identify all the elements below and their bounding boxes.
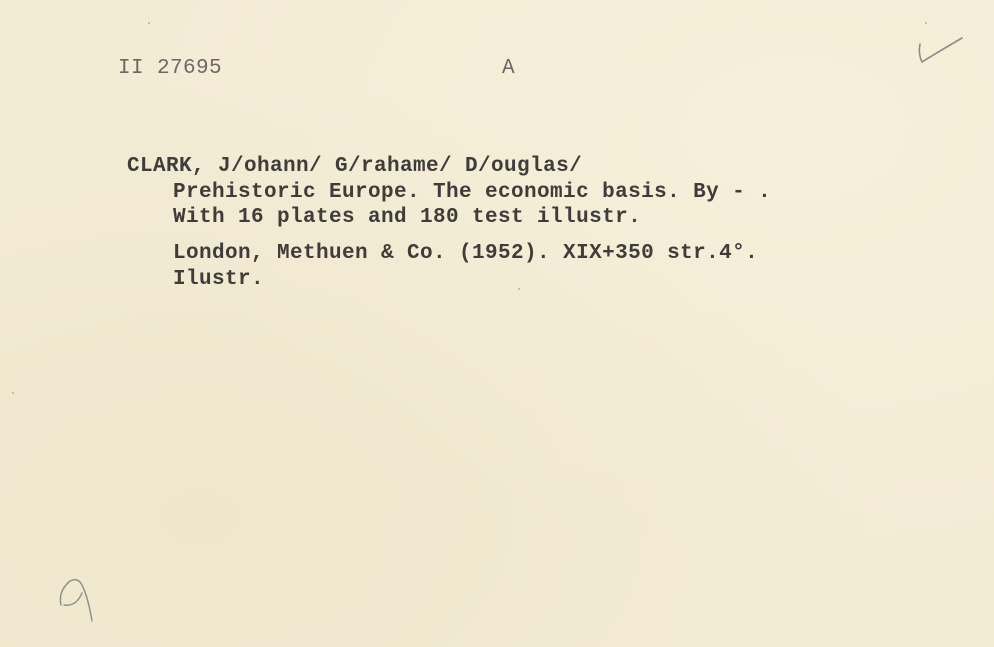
paper-speck bbox=[12, 392, 14, 394]
pencil-checkmark-icon bbox=[910, 30, 970, 70]
author-heading: CLARK, J/ohann/ G/rahame/ D/ouglas/ bbox=[127, 156, 582, 177]
call-number: II 27695 bbox=[118, 58, 222, 79]
book-title: Prehistoric Europe. The economic basis. … bbox=[173, 182, 771, 203]
pencil-letter-a-icon bbox=[52, 575, 97, 625]
section-letter: A bbox=[502, 58, 515, 79]
paper-speck bbox=[518, 288, 520, 290]
paper-speck bbox=[148, 22, 150, 24]
paper-speck bbox=[925, 22, 927, 24]
illustrations-note: Ilustr. bbox=[173, 269, 264, 290]
book-details: With 16 plates and 180 test illustr. bbox=[173, 207, 641, 228]
publication-info: London, Methuen & Co. (1952). XIX+350 st… bbox=[173, 243, 758, 264]
catalog-card: II 27695 A CLARK, J/ohann/ G/rahame/ D/o… bbox=[0, 0, 994, 647]
